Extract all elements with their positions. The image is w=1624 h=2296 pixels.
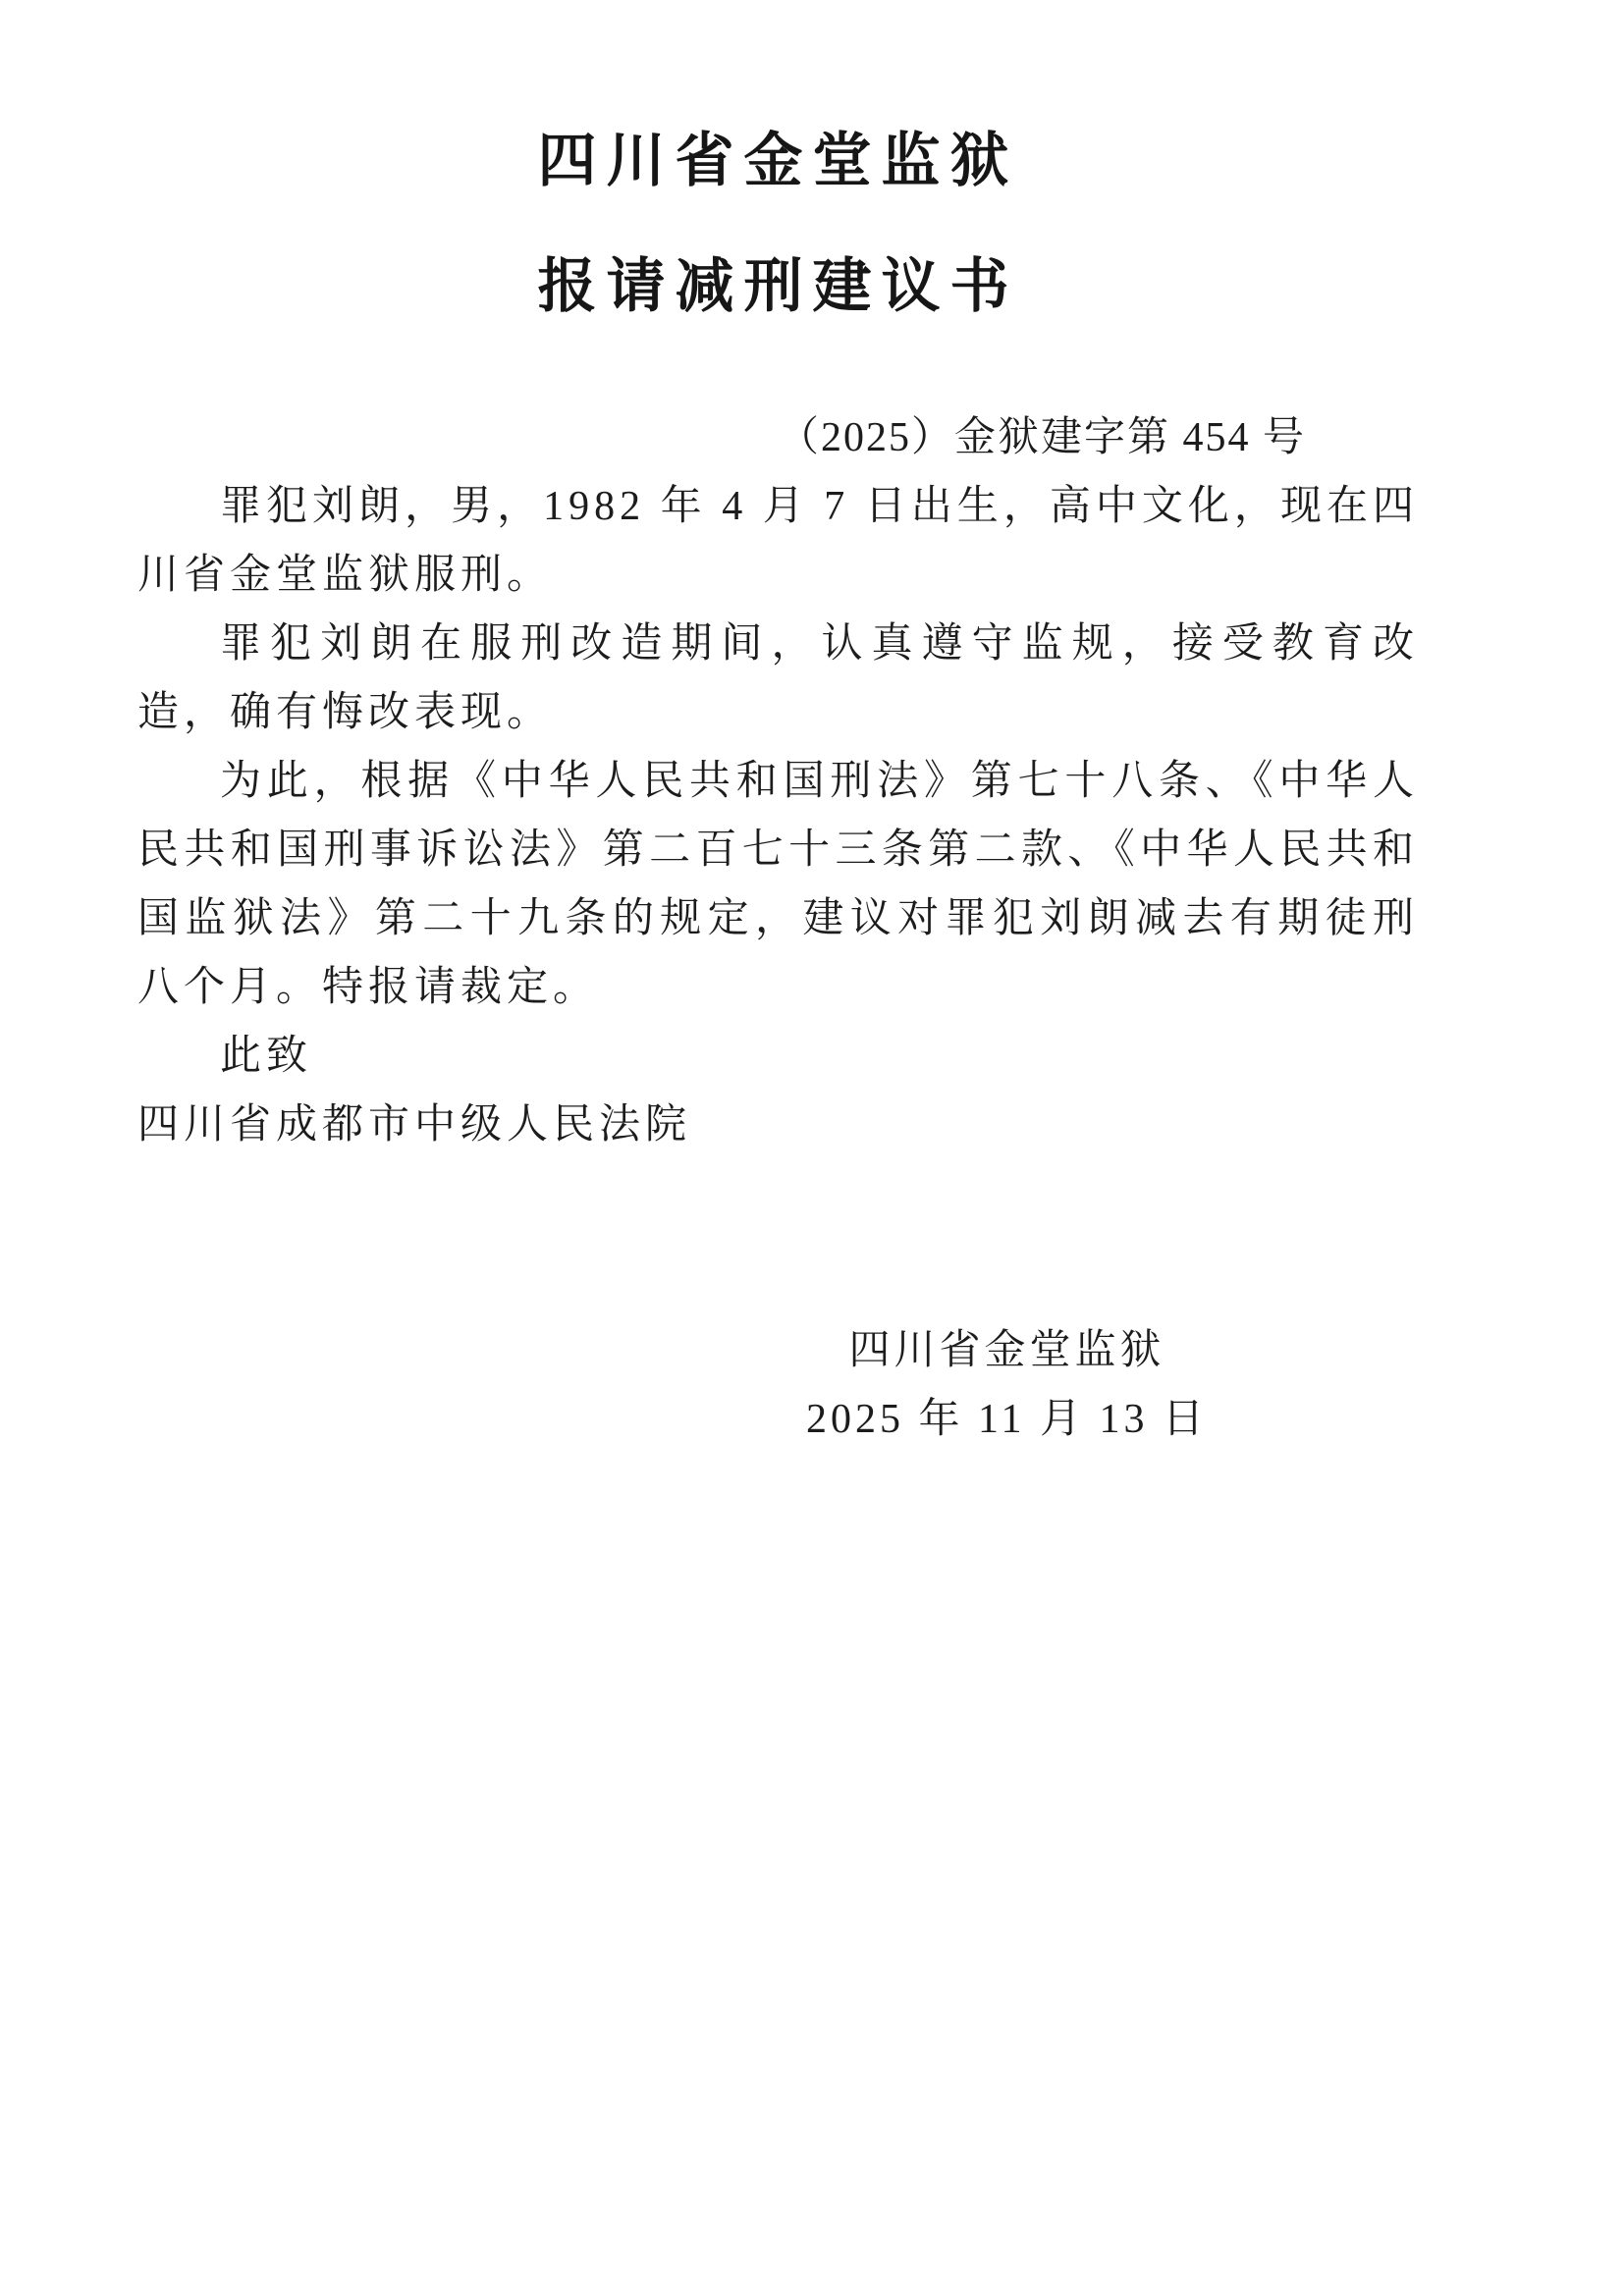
document-title-line1: 四川省金堂监狱: [137, 98, 1419, 224]
closing-salutation: 此致: [137, 1022, 1419, 1091]
paragraph-behavior: 罪犯刘朗在服刑改造期间，认真遵守监规，接受教育改造，确有悔改表现。: [137, 610, 1419, 747]
signature-block: 四川省金堂监狱 2025 年 11 月 13 日: [806, 1316, 1208, 1454]
paragraph-legal-basis: 为此，根据《中华人民共和国刑法》第七十八条、《中华人民共和国刑事诉讼法》第二百七…: [137, 747, 1419, 1022]
document-page: 四川省金堂监狱 报请减刑建议书 （2025）金狱建字第 454 号 罪犯刘朗，男…: [0, 0, 1624, 2296]
signature-org: 四川省金堂监狱: [806, 1316, 1208, 1385]
document-title-line2: 报请减刑建议书: [137, 224, 1419, 349]
document-body: 罪犯刘朗，男，1982 年 4 月 7 日出生，高中文化，现在四川省金堂监狱服刑…: [137, 472, 1419, 1022]
document-title: 四川省金堂监狱 报请减刑建议书: [137, 98, 1419, 349]
recipient-court: 四川省成都市中级人民法院: [137, 1091, 1419, 1159]
signature-date: 2025 年 11 月 13 日: [806, 1385, 1208, 1454]
document-number: （2025）金狱建字第 454 号: [137, 403, 1419, 472]
paragraph-offender-info: 罪犯刘朗，男，1982 年 4 月 7 日出生，高中文化，现在四川省金堂监狱服刑…: [137, 472, 1419, 610]
